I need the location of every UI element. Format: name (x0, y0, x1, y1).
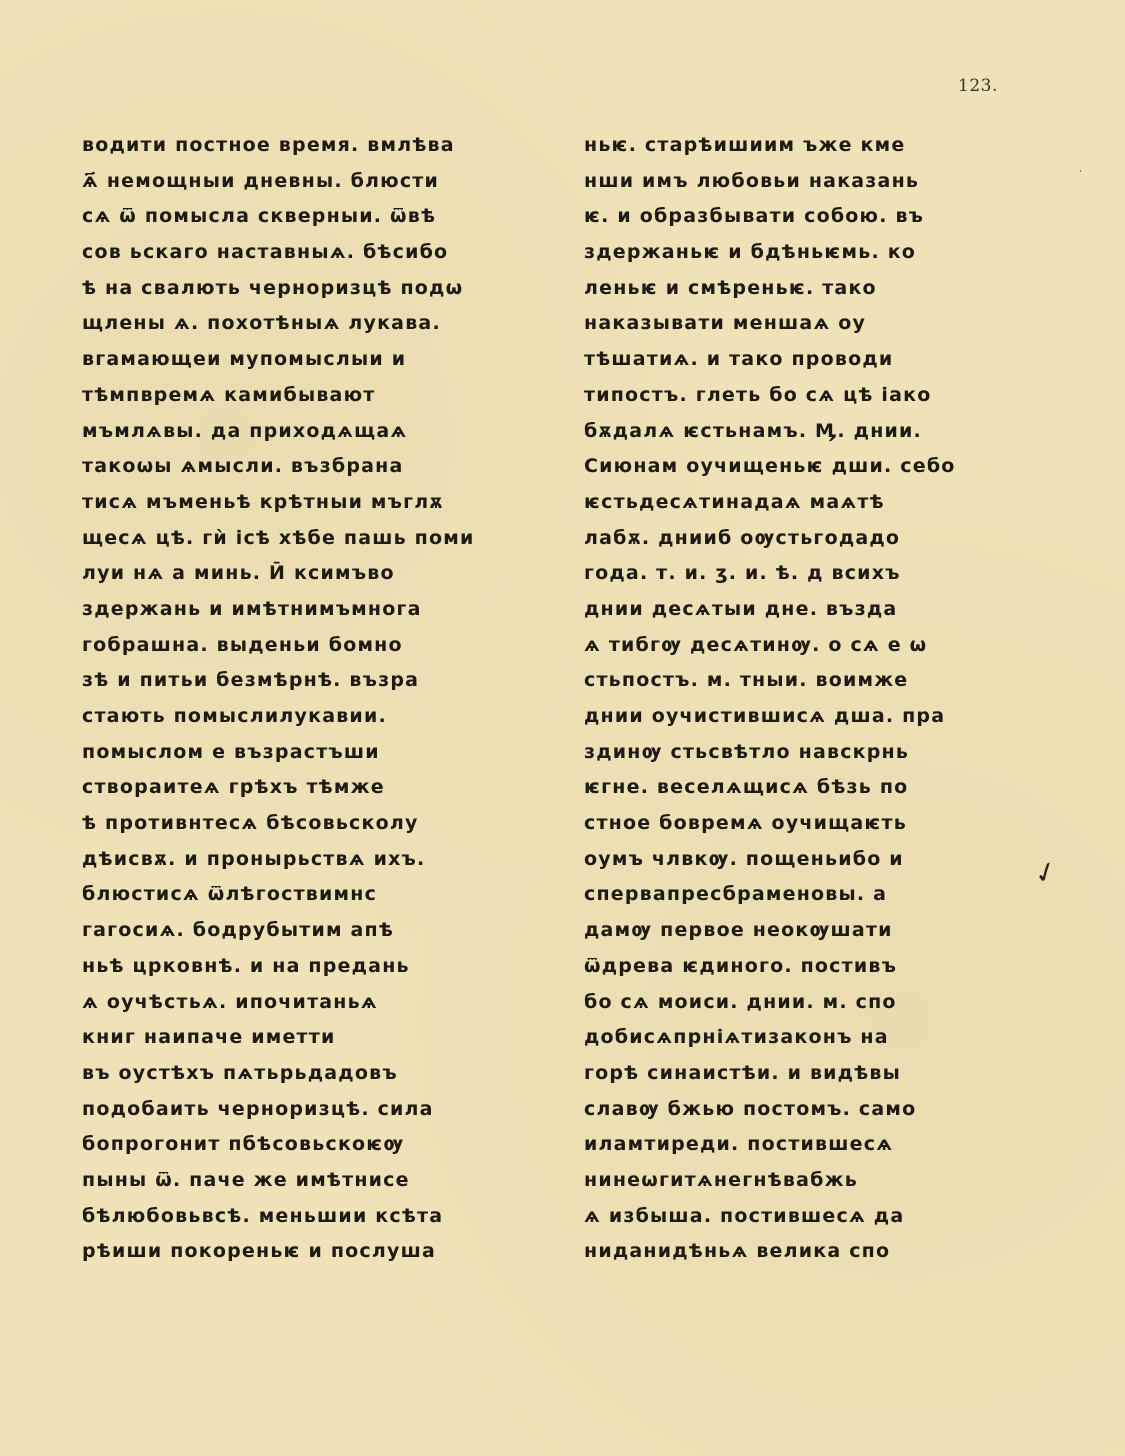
manuscript-line: щесѧ цѣ. гѝ ісѣ хѣбе пашь поми (82, 521, 552, 557)
manuscript-line: въ оустѣхъ пѧтьрьдадовъ (82, 1056, 552, 1092)
manuscript-line: бѫдалѧ ѥстьнамъ. Ӎ. днии. (584, 414, 1064, 450)
manuscript-line: ньѥ. старѣишиим ъже кме (584, 128, 1064, 164)
manuscript-line: ѧ тибгѹ десѧтинѹ. о сѧ е ѡ (584, 628, 1064, 664)
manuscript-line: ѧ оучѣстьѧ. ипочитаньѧ (82, 985, 552, 1021)
manuscript-line-last: ниданидѣньѧ велика спо (584, 1234, 1064, 1270)
manuscript-line: стають помыслилукавии. (82, 699, 552, 735)
manuscript-line: бо сѧ моиси. днии. м. спо (584, 985, 1064, 1021)
manuscript-line: помыслом е възрастъши (82, 735, 552, 771)
manuscript-line: пыны ѿ. паче же имѣтнисе (82, 1163, 552, 1199)
manuscript-line: гагосиѧ. бодрубытим апѣ (82, 913, 552, 949)
manuscript-line: иламтиреди. постившесѧ (584, 1127, 1064, 1163)
manuscript-line: ѧ избыша. постившесѧ да (584, 1199, 1064, 1235)
manuscript-line: лабѫ. днииб оѹстьгодадо (584, 521, 1064, 557)
manuscript-line: Сиюнам оучищеньѥ дши. себо (584, 449, 1064, 485)
manuscript-line: ѣ на свалють черноризцѣ подѡ (82, 271, 552, 307)
manuscript-line: блюстисѧ ѿлѣгоствимнс (82, 877, 552, 913)
manuscript-line: днии десѧтыи дне. въздa (584, 592, 1064, 628)
manuscript-line: наказывати меншаѧ оу (584, 306, 1064, 342)
edge-speck (1080, 170, 1081, 172)
manuscript-line: сов ьскаго наставныѧ. бѣсибо (82, 235, 552, 271)
manuscript-line: тисѧ мъменьѣ крѣтныи мъглѫ (82, 485, 552, 521)
manuscript-line: щлены ѧ. похотѣныѧ лукава. (82, 306, 552, 342)
manuscript-line: зѣ и питьи безмѣрнѣ. възра (82, 663, 552, 699)
manuscript-line: здинѹ стьсвѣтло навскрнь (584, 735, 1064, 771)
manuscript-line: тѣшатиѧ. и тако проводи (584, 342, 1064, 378)
manuscript-line: бопрогонит пбѣсовьскоѥѹ (82, 1127, 552, 1163)
manuscript-line: ньѣ црковнѣ. и на предань (82, 949, 552, 985)
manuscript-line: славѹ бжью постомъ. само (584, 1092, 1064, 1128)
manuscript-line: добисѧпрніѧтизаконъ на (584, 1020, 1064, 1056)
manuscript-line: тѣмпвремѧ камибывают (82, 378, 552, 414)
manuscript-line: книг наипаче иметти (82, 1020, 552, 1056)
manuscript-line: стьпостъ. м. тныи. воимже (584, 663, 1064, 699)
manuscript-line: такоѡы ѧмысли. възбрана (82, 449, 552, 485)
manuscript-line: подобаить черноризцѣ. сила (82, 1092, 552, 1128)
manuscript-line: сѧ ѿ помысла скверныи. ѿвѣ (82, 199, 552, 235)
manuscript-line: типостъ. глеть бо сѧ цѣ іако (584, 378, 1064, 414)
left-text-column: водити постное время. вмлѣваѧ҃ немощныи … (82, 128, 552, 1270)
manuscript-line: гобрашна. выденьи бомно (82, 628, 552, 664)
manuscript-line: нши имъ любовьи наказань (584, 164, 1064, 200)
manuscript-line: леньѥ и смѣреньѥ. тако (584, 271, 1064, 307)
manuscript-line: дамѹ первое неокѹшати (584, 913, 1064, 949)
manuscript-line: оумъ члвкѹ. пощеньибо и (584, 842, 1064, 878)
manuscript-line: стное бовремѧ оучищаѥть (584, 806, 1064, 842)
manuscript-line: здержаньѥ и бдѣньѥмь. ко (584, 235, 1064, 271)
manuscript-line: днии оучистившисѧ дша. пра (584, 699, 1064, 735)
manuscript-line: мъмлѧвы. да приходѧщаѧ (82, 414, 552, 450)
manuscript-line: водити постное время. вмлѣва (82, 128, 552, 164)
manuscript-line-last: рѣиши покореньѥ и послуша (82, 1234, 552, 1270)
manuscript-line: створаитеѧ грѣхъ тѣмже (82, 770, 552, 806)
manuscript-line: ѥгне. веселѧщисѧ бѣзь по (584, 770, 1064, 806)
manuscript-line: ѥ. и образбывати собою. въ (584, 199, 1064, 235)
manuscript-line: ѧ҃ немощныи дневны. блюсти (82, 164, 552, 200)
manuscript-line: горѣ синаистѣи. и видѣвы (584, 1056, 1064, 1092)
manuscript-line: ѣ противнтесѧ бѣсовьсколу (82, 806, 552, 842)
manuscript-line: ѥстьдесѧтинадаѧ маѧтѣ (584, 485, 1064, 521)
manuscript-line: бѣлюбовьвсѣ. меньшии ксѣта (82, 1199, 552, 1235)
manuscript-line: вгамающеи мупомыслыи и (82, 342, 552, 378)
manuscript-line: года. т. и. ӡ. и. ѣ. д всихъ (584, 556, 1064, 592)
manuscript-line: нинеѡгитѧнегнѣвабжь (584, 1163, 1064, 1199)
manuscript-line: спервапресбраменовы. а (584, 877, 1064, 913)
page-number: 123. (958, 76, 998, 96)
right-text-column: ньѥ. старѣишиим ъже кменши имъ любовьи н… (584, 128, 1064, 1270)
manuscript-line: ѿдрева ѥдиного. постивъ (584, 949, 1064, 985)
manuscript-line: дѣисвѫ. и пронырьствѧ ихъ. (82, 842, 552, 878)
manuscript-line: луи нѧ а минь. Ӣ ксимъво (82, 556, 552, 592)
manuscript-line: здержань и имѣтнимъмнога (82, 592, 552, 628)
